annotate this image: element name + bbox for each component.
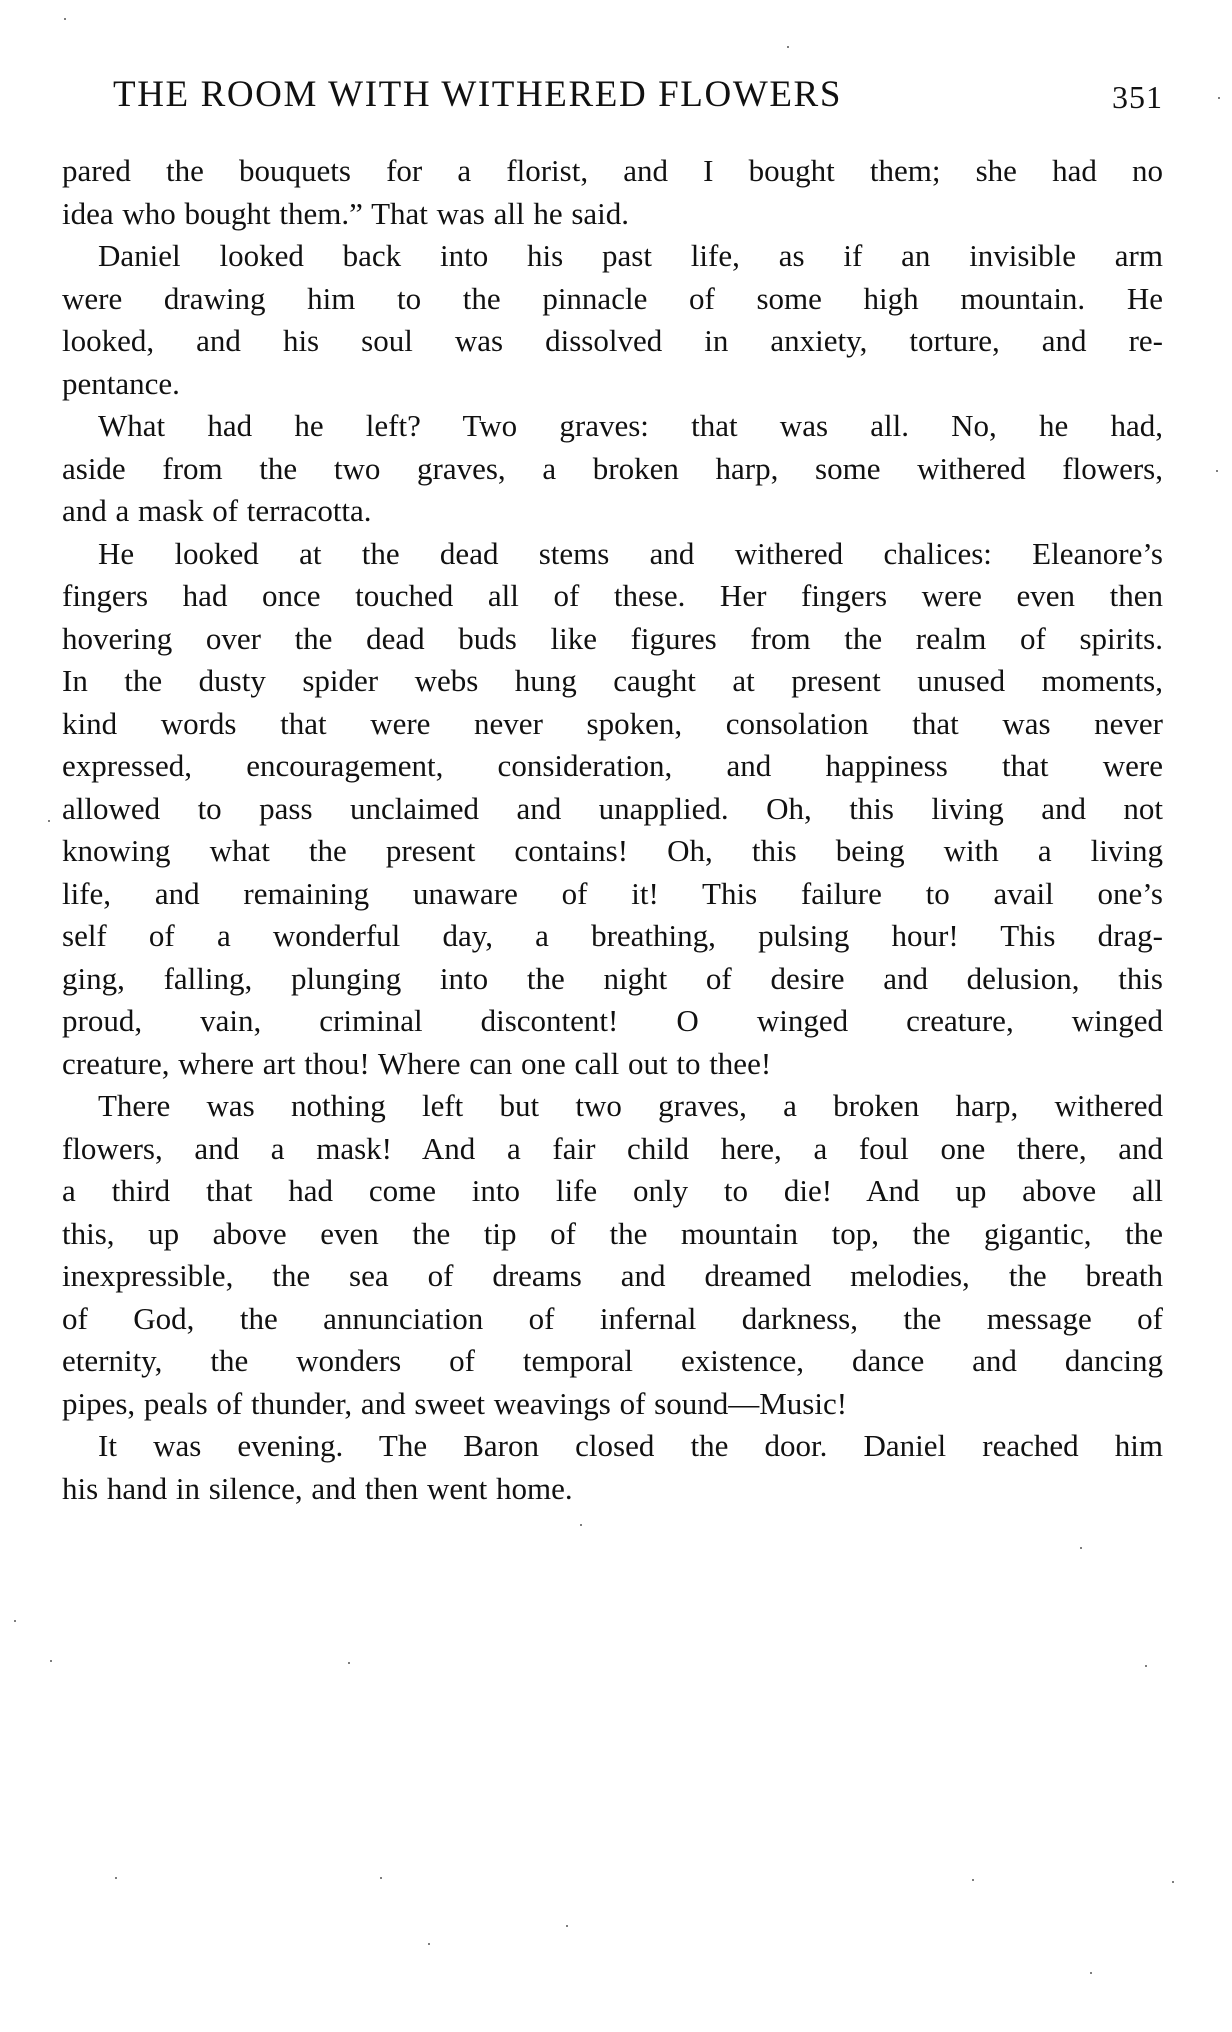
scan-speck — [380, 1877, 382, 1879]
scan-speck — [1172, 1881, 1174, 1883]
text-line: knowing what the present contains! Oh, t… — [62, 830, 1163, 873]
text-line: a third that had come into life only to … — [62, 1170, 1163, 1213]
scan-speck — [14, 1620, 16, 1622]
text-line: aside from the two graves, a broken harp… — [62, 448, 1163, 491]
scan-speck — [48, 820, 50, 822]
text-line: What had he left? Two graves: that was a… — [62, 405, 1163, 448]
text-line: pentance. — [62, 363, 1163, 406]
text-line: creature, where art thou! Where can one … — [62, 1043, 1163, 1086]
text-line: of God, the annunciation of infernal dar… — [62, 1298, 1163, 1341]
book-page: THE ROOM WITH WITHERED FLOWERS 351 pared… — [0, 0, 1232, 2032]
body-text: pared the bouquets for a florist, and I … — [62, 150, 1163, 1510]
scan-speck — [428, 1943, 430, 1945]
text-line: his hand in silence, and then went home. — [62, 1468, 1163, 1511]
text-line: It was evening. The Baron closed the doo… — [62, 1425, 1163, 1468]
text-line: idea who bought them.” That was all he s… — [62, 193, 1163, 236]
paragraph: Daniel looked back into his past life, a… — [62, 235, 1163, 405]
text-line: looked, and his soul was dissolved in an… — [62, 320, 1163, 363]
text-line: life, and remaining unaware of it! This … — [62, 873, 1163, 916]
chapter-title: THE ROOM WITH WITHERED FLOWERS — [113, 70, 842, 120]
scan-speck — [348, 1662, 350, 1664]
text-line: this, up above even the tip of the mount… — [62, 1213, 1163, 1256]
text-line: proud, vain, criminal discontent! O wing… — [62, 1000, 1163, 1043]
text-line: hovering over the dead buds like figures… — [62, 618, 1163, 661]
paragraph: There was nothing left but two graves, a… — [62, 1085, 1163, 1425]
text-line: He looked at the dead stems and withered… — [62, 533, 1163, 576]
scan-speck — [787, 46, 789, 48]
scan-speck — [115, 1877, 117, 1879]
text-line: pipes, peals of thunder, and sweet weavi… — [62, 1383, 1163, 1426]
scan-speck — [1218, 97, 1220, 99]
text-line: expressed, encouragement, consideration,… — [62, 745, 1163, 788]
paragraph: It was evening. The Baron closed the doo… — [62, 1425, 1163, 1510]
text-line: were drawing him to the pinnacle of some… — [62, 278, 1163, 321]
text-line: self of a wonderful day, a breathing, pu… — [62, 915, 1163, 958]
paragraph: pared the bouquets for a florist, and I … — [62, 150, 1163, 235]
text-line: ging, falling, plunging into the night o… — [62, 958, 1163, 1001]
scan-speck — [580, 1524, 582, 1526]
scan-speck — [1090, 1972, 1092, 1974]
text-line: kind words that were never spoken, conso… — [62, 703, 1163, 746]
text-line: inexpressible, the sea of dreams and dre… — [62, 1255, 1163, 1298]
scan-speck — [50, 1660, 52, 1662]
text-line: Daniel looked back into his past life, a… — [62, 235, 1163, 278]
scan-speck — [64, 18, 66, 20]
paragraph: He looked at the dead stems and withered… — [62, 533, 1163, 1086]
text-line: pared the bouquets for a florist, and I … — [62, 150, 1163, 193]
text-line: and a mask of terracotta. — [62, 490, 1163, 533]
text-line: flowers, and a mask! And a fair child he… — [62, 1128, 1163, 1171]
scan-speck — [972, 1879, 974, 1881]
scan-speck — [1145, 1665, 1147, 1667]
text-line: There was nothing left but two graves, a… — [62, 1085, 1163, 1128]
text-line: eternity, the wonders of temporal existe… — [62, 1340, 1163, 1383]
text-line: In the dusty spider webs hung caught at … — [62, 660, 1163, 703]
paragraph: What had he left? Two graves: that was a… — [62, 405, 1163, 533]
text-line: fingers had once touched all of these. H… — [62, 575, 1163, 618]
scan-speck — [566, 1925, 568, 1927]
running-head: THE ROOM WITH WITHERED FLOWERS 351 — [113, 70, 1163, 120]
scan-speck — [1080, 1547, 1082, 1549]
scan-speck — [1216, 470, 1218, 472]
text-line: allowed to pass unclaimed and unapplied.… — [62, 788, 1163, 831]
page-number: 351 — [1112, 72, 1163, 122]
